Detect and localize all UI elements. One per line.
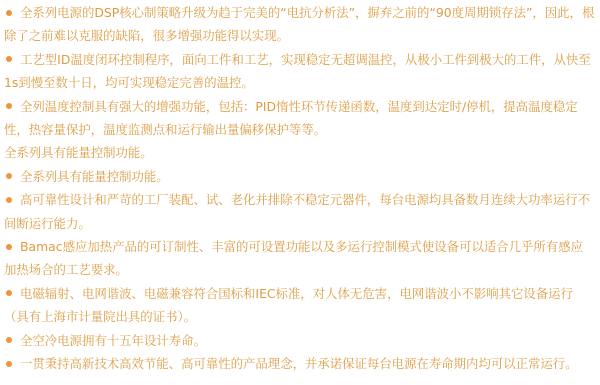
list-item-text: 全系列具有能量控制功能。 (20, 169, 169, 184)
list-item-text: 高可靠性设计和严苛的工厂装配、试、老化并排除不稳定元器件，每台电源均具备数月连续… (4, 192, 590, 230)
list-item: 高可靠性设计和严苛的工厂装配、试、老化并排除不稳定元器件，每台电源均具备数月连续… (4, 188, 595, 235)
list-item-text: 电磁辐射、电网谐波、电磁兼容符合国标和IEC标准，对人体无危害，电网谐波小不影响… (4, 286, 573, 324)
list-item-text: 全系列电源的DSP核心制策略升级为趋于完美的“电抗分析法”，摒弃之前的“90度周… (4, 5, 594, 43)
list-item-text: 全系列具有能量控制功能。 (4, 145, 153, 160)
list-item: 全系列具有能量控制功能。 (4, 141, 595, 164)
bullet-icon (6, 337, 12, 343)
list-item: Bamac感应加热产品的可订制性、丰富的可设置功能以及多运行控制模式使设备可以适… (4, 235, 595, 282)
list-item-text: 工艺型ID温度闭环控制程序，面向工件和工艺，实现稳定无超调温控，从极小工件到极大… (4, 52, 591, 90)
feature-list: 全系列电源的DSP核心制策略升级为趋于完美的“电抗分析法”，摒弃之前的“90度周… (0, 0, 600, 376)
bullet-icon (6, 103, 12, 109)
list-item-text: 一贯秉持高新技术高效节能、高可靠性的产品理念，并承诺保证每台电源在寿命期内均可以… (20, 356, 578, 371)
list-item: 一贯秉持高新技术高效节能、高可靠性的产品理念，并承诺保证每台电源在寿命期内均可以… (4, 352, 595, 375)
bullet-icon (6, 10, 12, 16)
list-item: 全系列具有能量控制功能。 (4, 165, 595, 188)
bullet-icon (6, 173, 12, 179)
list-item-text: 全列温度控制具有强大的增强功能，包括：PID惰性环节传递函数，温度到达定时/停机… (4, 99, 578, 137)
list-item: 全列温度控制具有强大的增强功能，包括：PID惰性环节传递函数，温度到达定时/停机… (4, 95, 595, 142)
bullet-icon (6, 361, 12, 367)
list-item-text: 全空冷电源拥有十五年设计寿命。 (20, 333, 206, 348)
bullet-icon (6, 56, 12, 62)
bullet-icon (6, 244, 12, 250)
list-item: 工艺型ID温度闭环控制程序，面向工件和工艺，实现稳定无超调温控，从极小工件到极大… (4, 48, 595, 95)
list-item: 电磁辐射、电网谐波、电磁兼容符合国标和IEC标准，对人体无危害，电网谐波小不影响… (4, 282, 595, 329)
bullet-icon (6, 197, 12, 203)
list-item: 全系列电源的DSP核心制策略升级为趋于完美的“电抗分析法”，摒弃之前的“90度周… (4, 1, 595, 48)
list-item-text: Bamac感应加热产品的可订制性、丰富的可设置功能以及多运行控制模式使设备可以适… (4, 239, 583, 277)
bullet-icon (6, 290, 12, 296)
list-item: 全空冷电源拥有十五年设计寿命。 (4, 329, 595, 352)
